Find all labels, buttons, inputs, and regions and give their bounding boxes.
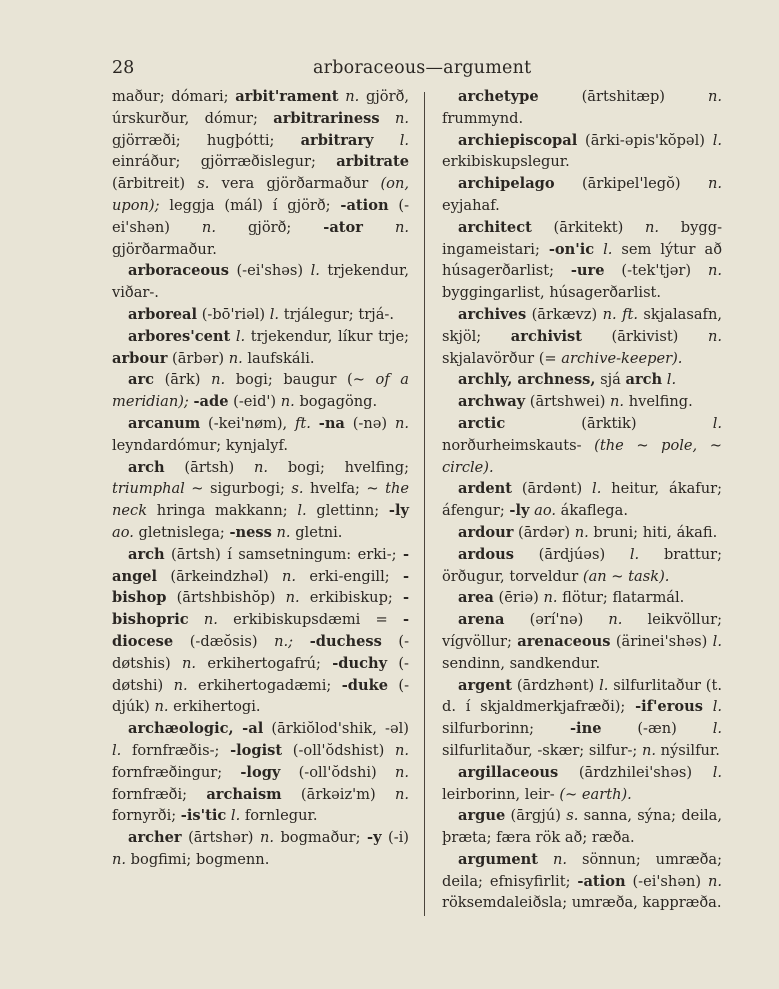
- definition-text: (ārtshitæp): [539, 88, 708, 105]
- grammar-label: n.: [395, 110, 409, 127]
- definition-text: (ārdjúəs): [514, 546, 630, 563]
- headword: -duchess: [310, 633, 382, 650]
- headword: -y: [367, 829, 382, 846]
- definition-text: (-bō'riəl): [197, 306, 270, 323]
- definition-text: sigurbogi;: [204, 480, 292, 497]
- dictionary-entry: archives (ārkævz) n. ft. skjalasafn, skj…: [442, 304, 722, 369]
- headword: -duchy: [332, 655, 387, 672]
- running-head: 28 arboraceous—argument: [112, 58, 722, 82]
- definition-text: trjálegur; trjá-.: [279, 306, 394, 323]
- headword: -logy: [240, 764, 280, 781]
- definition-text: (-eid'): [229, 393, 281, 410]
- headword: architect: [458, 219, 532, 236]
- grammar-label: l.: [231, 807, 240, 824]
- definition-text: erkibiskupsdæmi =: [218, 611, 403, 628]
- headword: arbitrary: [301, 132, 374, 149]
- grammar-label: n.: [395, 742, 409, 759]
- headword: argillaceous: [458, 764, 558, 781]
- grammar-label: n.: [642, 742, 656, 759]
- grammar-label: n. ft.: [603, 306, 638, 323]
- grammar-label: n.: [708, 873, 722, 890]
- headword: -ine: [570, 720, 602, 737]
- grammar-label: n.;: [274, 633, 293, 650]
- definition-text: (ārdənt): [512, 480, 592, 497]
- grammar-label: n.: [229, 350, 243, 367]
- definition-text: (ārbər): [167, 350, 228, 367]
- headword: -ation: [577, 873, 625, 890]
- headword: argent: [458, 677, 512, 694]
- grammar-label: n.: [575, 524, 589, 541]
- definition-text: bogmaður;: [274, 829, 367, 846]
- definition-text: (ārkivist): [582, 328, 708, 345]
- dictionary-entry: maður; dómari; arbit'rament n. gjörð, úr…: [112, 86, 409, 260]
- grammar-label: n.: [708, 262, 722, 279]
- dictionary-entry: arch (ārtsh) í samsetningum: erki-; -ang…: [112, 544, 409, 718]
- headword: area: [458, 589, 494, 606]
- definition-text: (ārkəiz'm): [282, 786, 395, 803]
- dictionary-entry: ardous (ārdjúəs) l. brattur; örðugur, to…: [442, 544, 722, 588]
- definition-text: flötur; flatarmál.: [558, 589, 685, 606]
- grammar-label: n.: [112, 851, 126, 868]
- definition-text: vera gjörðarmaður: [209, 175, 380, 192]
- headword: -ation: [340, 197, 388, 214]
- definition-text: fornfræðingur;: [112, 764, 240, 781]
- grammar-label: n.: [182, 655, 196, 672]
- grammar-label: triumphal ~: [112, 480, 204, 497]
- definition-text: (-dæŏsis): [173, 633, 274, 650]
- definition-text: einráður; gjörræðislegur;: [112, 153, 336, 170]
- definition-text: (-ei'shəs): [229, 262, 311, 279]
- definition-text: eyjahaf.: [442, 197, 500, 214]
- grammar-label: n.: [174, 677, 188, 694]
- definition-text: leyndardómur; kynjalyf.: [112, 437, 288, 454]
- definition-text: [380, 110, 395, 127]
- definition-text: (ārtsh) í samsetningum: erki-;: [165, 546, 403, 563]
- grammar-label: n.: [277, 524, 291, 541]
- definition-text: skjalavörður (=: [442, 350, 561, 367]
- headword: argue: [458, 807, 505, 824]
- definition-text: (ārkiŏlod'shik, -əl): [263, 720, 409, 737]
- grammar-label: n.: [395, 415, 409, 432]
- headword: -logist: [230, 742, 282, 759]
- definition-text: leirborinn, leir-: [442, 786, 559, 803]
- definition-text: laufskáli.: [243, 350, 315, 367]
- grammar-label: n.: [395, 764, 409, 781]
- grammar-label: n.: [260, 829, 274, 846]
- definition-text: (ārkævz): [526, 306, 602, 323]
- dictionary-entry: archer (ārtshər) n. bogmaður; -y (-i) n.…: [112, 827, 409, 871]
- definition-text: erkihertogi.: [169, 698, 261, 715]
- headword: arenaceous: [517, 633, 610, 650]
- definition-text: röksemdaleiðsla; umræða, kappræða.: [442, 894, 722, 911]
- dictionary-entry: arboraceous (-ei'shəs) l. trjekendur, vi…: [112, 260, 409, 304]
- grammar-label: n.: [553, 851, 567, 868]
- grammar-label: l.: [667, 371, 676, 388]
- definition-text: hvelfa;: [304, 480, 367, 497]
- headword: arc: [128, 371, 154, 388]
- headword: -ator: [323, 219, 363, 236]
- definition-text: erkibiskupslegur.: [442, 153, 570, 170]
- headword: archiepiscopal: [458, 132, 577, 149]
- headword: arch: [128, 546, 165, 563]
- definition-text: ákaflega.: [556, 502, 628, 519]
- definition-text: sjá: [595, 371, 625, 388]
- headword: -na: [319, 415, 345, 432]
- headword: arcanum: [128, 415, 200, 432]
- dictionary-entry: architect (ārkitekt) n. bygg­ingameistar…: [442, 217, 722, 304]
- definition-text: (ārdzhilei'shəs): [558, 764, 713, 781]
- headword: -if'erous: [635, 698, 703, 715]
- definition-text: [293, 633, 310, 650]
- dictionary-entry: ardour (ārdər) n. bruni; hiti, ákafi.: [442, 522, 722, 544]
- definition-text: bruni; hiti, ákafi.: [589, 524, 717, 541]
- definition-text: fornfræði;: [112, 786, 206, 803]
- definition-text: (-ei'shən): [626, 873, 708, 890]
- definition-text: gletni.: [291, 524, 343, 541]
- headword: archetype: [458, 88, 539, 105]
- grammar-label: l.: [112, 742, 121, 759]
- definition-text: leggja (mál) í gjörð;: [160, 197, 341, 214]
- grammar-label: s.: [566, 807, 578, 824]
- definition-text: gjörðarmaður.: [112, 241, 217, 258]
- definition-text: (-oll'ŏdshist): [282, 742, 395, 759]
- definition-text: (ārtshbishŏp): [167, 589, 286, 606]
- grammar-label: l.: [713, 698, 722, 715]
- grammar-label: n.: [708, 328, 722, 345]
- grammar-label: n.: [282, 568, 296, 585]
- definition-text: silfurborinn;: [442, 720, 570, 737]
- headword: archly, archness,: [458, 371, 595, 388]
- definition-text: norðurheimskauts-: [442, 437, 594, 454]
- definition-text: (-nə): [345, 415, 395, 432]
- headword: -on'ic: [549, 241, 594, 258]
- headword: arctic: [458, 415, 505, 432]
- dictionary-page: 28 arboraceous—argument maður; dómari; a…: [0, 0, 779, 989]
- headword: arbour: [112, 350, 167, 367]
- grammar-label: s.: [197, 175, 209, 192]
- dictionary-entry: arena (ərí'nə) n. leikvöllur; vígvöllur;…: [442, 609, 722, 674]
- definition-text: (ārdər): [513, 524, 574, 541]
- headword: -ly: [509, 502, 529, 519]
- grammar-label: n.: [610, 393, 624, 410]
- grammar-label: n.: [395, 786, 409, 803]
- grammar-label: n.: [708, 88, 722, 105]
- dictionary-entry: arctic (ārktik) l. norðurheimskauts- (th…: [442, 413, 722, 478]
- headword: archer: [128, 829, 182, 846]
- definition-text: gletnislega;: [134, 524, 230, 541]
- dictionary-entry: argillaceous (ārdzhilei'shəs) l. leirbor…: [442, 762, 722, 806]
- definition-text: nýsilfur.: [656, 742, 720, 759]
- dictionary-entry: archway (ārtshwei) n. hvelfing.: [442, 391, 722, 413]
- headword: -ness: [229, 524, 271, 541]
- definition-text: (-kei'nøm),: [200, 415, 295, 432]
- headword: -is'tic: [181, 807, 226, 824]
- grammar-label: ao.: [112, 524, 134, 541]
- grammar-label: ft.: [295, 415, 311, 432]
- grammar-label: l.: [713, 132, 722, 149]
- headword: arch: [128, 459, 165, 476]
- definition-text: erkihertogafrú;: [196, 655, 332, 672]
- headword: archway: [458, 393, 525, 410]
- dictionary-entry: area (ēriə) n. flötur; flatarmál.: [442, 587, 722, 609]
- dictionary-entry: argent (ārdzhənt) l. silfurlitaður (t. d…: [442, 675, 722, 762]
- definition-text: fornyrði;: [112, 807, 181, 824]
- dictionary-entry: archipelago (ārkipel'legŏ) n. eyjahaf.: [442, 173, 722, 217]
- definition-text: (ārtshwei): [525, 393, 610, 410]
- headword: arboraceous: [128, 262, 229, 279]
- definition-text: bogagöng.: [295, 393, 377, 410]
- headword: archivist: [511, 328, 582, 345]
- dictionary-entry: ardent (ārdənt) l. heitur, ákafur; áfeng…: [442, 478, 722, 522]
- grammar-label: l.: [311, 262, 320, 279]
- definition-text: bogi; baugur (: [225, 371, 353, 388]
- dictionary-entry: arbores'cent l. trjekendur, líkur trje; …: [112, 326, 409, 370]
- dictionary-entry: arcanum (-kei'nøm), ft. -na (-nə) n. ley…: [112, 413, 409, 457]
- dictionary-entry: archæologic, -al (ārkiŏlod'shik, -əl) l.…: [112, 718, 409, 827]
- definition-text: [363, 219, 395, 236]
- definition-text: gjörð;: [216, 219, 323, 236]
- definition-text: gjörræði; hugþótti;: [112, 132, 301, 149]
- grammar-label: l.: [400, 132, 409, 149]
- definition-text: [374, 132, 400, 149]
- headword: arbitrate: [336, 153, 409, 170]
- definition-text: frummynd.: [442, 110, 523, 127]
- definition-text: silfurlitaður, -skær; silfur-;: [442, 742, 642, 759]
- definition-text: (ārkitekt): [532, 219, 645, 236]
- definition-text: (ārktik): [505, 415, 712, 432]
- headword: archaism: [206, 786, 281, 803]
- definition-text: erki-engill;: [296, 568, 403, 585]
- column-divider: [424, 92, 425, 916]
- definition-text: erkibiskup;: [300, 589, 403, 606]
- grammar-label: l.: [236, 328, 245, 345]
- definition-text: (ārtshər): [182, 829, 260, 846]
- grammar-label: l.: [713, 764, 722, 781]
- definition-text: trjekendur, líkur trje;: [245, 328, 409, 345]
- headword: ardous: [458, 546, 514, 563]
- definition-text: erkihertogadæmi;: [188, 677, 342, 694]
- definition-text: (ärinei'shəs): [611, 633, 713, 650]
- running-head-title: arboraceous—argument: [313, 58, 531, 78]
- grammar-label: archive-keeper).: [561, 350, 682, 367]
- grammar-label: n.: [211, 371, 225, 388]
- grammar-label: l.: [630, 546, 639, 563]
- dictionary-entry: arc (ārk) n. bogi; baugur (~ of a meridi…: [112, 369, 409, 413]
- dictionary-entry: arch (ārtsh) n. bogi; hvelfing; triumpha…: [112, 457, 409, 544]
- headword: arboreal: [128, 306, 197, 323]
- headword: -duke: [342, 677, 388, 694]
- definition-text: fornfræðis-;: [121, 742, 230, 759]
- headword: -ade: [193, 393, 228, 410]
- definition-text: (ārkeindzhəl): [157, 568, 282, 585]
- definition-text: bogi; hvelfing;: [268, 459, 409, 476]
- definition-text: (ārtsh): [165, 459, 254, 476]
- grammar-label: l.: [713, 415, 722, 432]
- definition-text: sendinn, sandkendur.: [442, 655, 600, 672]
- dictionary-entry: archetype (ārtshitæp) n. frummynd.: [442, 86, 722, 130]
- grammar-label: l.: [270, 306, 279, 323]
- definition-text: (ārk): [154, 371, 211, 388]
- grammar-label: s.: [291, 480, 303, 497]
- headword: arbitrariness: [273, 110, 379, 127]
- grammar-label: n.: [154, 698, 168, 715]
- grammar-label: n.: [202, 219, 216, 236]
- dictionary-entry: archiepiscopal (ārki-əpis'kŏpəl) l. erki…: [442, 130, 722, 174]
- grammar-label: n.: [608, 611, 622, 628]
- grammar-label: n.: [708, 175, 722, 192]
- definition-text: glettinn;: [307, 502, 389, 519]
- page-number: 28: [112, 58, 134, 78]
- dictionary-entry: argue (ārgjú) s. sanna, sýna; deila, þræ…: [442, 805, 722, 849]
- headword: arch: [625, 371, 662, 388]
- definition-text: (-i): [382, 829, 409, 846]
- grammar-label: n.: [395, 219, 409, 236]
- definition-text: (ēriə): [494, 589, 544, 606]
- grammar-label: n.: [204, 611, 218, 628]
- definition-text: (ərí'nə): [505, 611, 609, 628]
- grammar-label: (~ earth).: [559, 786, 631, 803]
- grammar-label: n.: [281, 393, 295, 410]
- definition-text: byggingarlist, húsagerðarlist.: [442, 284, 661, 301]
- grammar-label: n.: [543, 589, 557, 606]
- definition-text: fornlegur.: [240, 807, 317, 824]
- headword: argument: [458, 851, 538, 868]
- headword: -ly: [389, 502, 409, 519]
- definition-text: hvelfing.: [624, 393, 693, 410]
- definition-text: hringa makkann;: [147, 502, 297, 519]
- grammar-label: n.: [345, 88, 359, 105]
- dictionary-entry: arboreal (-bō'riəl) l. trjálegur; trjá-.: [112, 304, 409, 326]
- grammar-label: (an ~ task).: [583, 568, 670, 585]
- grammar-label: l.: [297, 502, 306, 519]
- left-column: maður; dómari; arbit'rament n. gjörð, úr…: [112, 86, 409, 871]
- definition-text: bogfimi; bogmenn.: [126, 851, 269, 868]
- headword: archæologic, -al: [128, 720, 263, 737]
- definition-text: (ārdzhənt): [512, 677, 599, 694]
- definition-text: maður; dómari;: [112, 88, 235, 105]
- definition-text: (ārgjú): [505, 807, 566, 824]
- headword: archives: [458, 306, 526, 323]
- definition-text: [311, 415, 319, 432]
- headword: arena: [458, 611, 505, 628]
- definition-text: (ārkipel'legŏ): [555, 175, 708, 192]
- dictionary-entry: archly, archness, sjá arch l.: [442, 369, 722, 391]
- headword: ardent: [458, 480, 512, 497]
- headword: ardour: [458, 524, 513, 541]
- definition-text: (ārki-əpis'kŏpəl): [577, 132, 712, 149]
- headword: archipelago: [458, 175, 555, 192]
- grammar-label: l.: [592, 480, 601, 497]
- grammar-label: n.: [645, 219, 659, 236]
- definition-text: [189, 611, 204, 628]
- dictionary-entry: argument n. sönnun; umræða; deila; efnis…: [442, 849, 722, 914]
- grammar-label: l.: [713, 633, 722, 650]
- grammar-label: ao.: [534, 502, 556, 519]
- definition-text: [703, 698, 713, 715]
- headword: arbores'cent: [128, 328, 230, 345]
- definition-text: (-æn): [601, 720, 712, 737]
- grammar-label: l.: [713, 720, 722, 737]
- definition-text: (-oll'ŏdshi): [280, 764, 395, 781]
- definition-text: (-tek'tjər): [605, 262, 708, 279]
- definition-text: [538, 851, 553, 868]
- headword: -ure: [571, 262, 605, 279]
- grammar-label: n.: [286, 589, 300, 606]
- grammar-label: n.: [254, 459, 268, 476]
- headword: arbit'rament: [235, 88, 338, 105]
- definition-text: (ārbitreit): [112, 175, 197, 192]
- definition-text: [594, 241, 603, 258]
- right-column: archetype (ārtshitæp) n. frummynd.archie…: [442, 86, 722, 914]
